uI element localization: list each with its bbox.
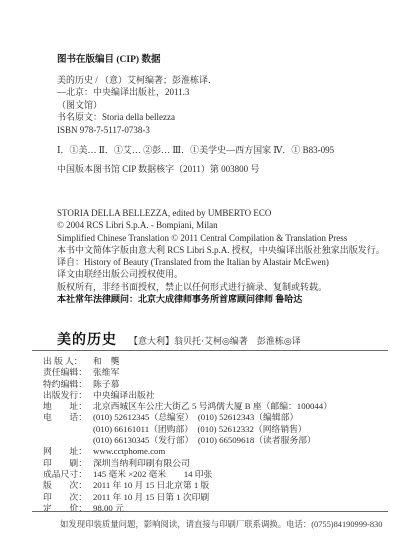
cip-heading: 图书在版编目 (CIP) 数据 (57, 51, 160, 65)
imprint-value: (010) 52612345（总编室） (010) 52612343（编辑部） (93, 412, 298, 423)
imprint-row-continuation: (010) 66130345（发行部） (010) 66509618（读者服务部… (43, 435, 332, 446)
copyright-line: 本书中文简体字版由意大利 RCS Libri S.p.A. 授权，中央编译出版社… (57, 244, 385, 256)
book-copyright-page: 图书在版编目 (CIP) 数据 美的历史 / （意）艾柯编著；彭淮栋译． —北京… (0, 0, 400, 558)
cip-line: （图文馆） (57, 99, 217, 111)
imprint-label: 特约编辑： (43, 379, 93, 390)
title-row: 美的历史 【意大利】翁贝托·艾柯◎编著 彭淮栋◎译 (57, 329, 301, 349)
cip-line: 书名原文：Storia della bellezza (57, 111, 217, 123)
cip-line: 美的历史 / （意）艾柯编著；彭淮栋译． (57, 74, 217, 86)
divider-line (32, 350, 388, 351)
imprint-label: 印 刷： (43, 458, 93, 469)
imprint-value: 和 龑 (93, 356, 119, 367)
imprint-value: 张维军 (93, 367, 119, 378)
imprint-block: 出 版 人：和 龑 责任编辑：张维军 特约编辑：陈子慕 出版发行：中央编译出版社… (43, 356, 332, 514)
copyright-line: 版权所有，非经书面授权，禁止以任何形式进行摘录、复制或转载。 (57, 281, 385, 293)
book-byline: 【意大利】翁贝托·艾柯◎编著 彭淮栋◎译 (129, 334, 301, 347)
imprint-row: 电 话：(010) 52612345（总编室） (010) 52612343（编… (43, 412, 332, 423)
imprint-row: 定 价：98.00 元 (43, 503, 332, 514)
copyright-line: 译文由联经出版公司授权使用。 (57, 268, 385, 280)
imprint-label: 版 次： (43, 480, 93, 491)
imprint-value: 陈子慕 (93, 379, 119, 390)
copyright-line: 译自：History of Beauty (Translated from th… (57, 256, 385, 268)
isbn-line: ISBN 978-7-5117-0738-3 (57, 124, 217, 136)
imprint-row: 出版发行：中央编译出版社 (43, 390, 332, 401)
cip-classification: Ⅰ．①美… Ⅱ．①艾… ②彭… Ⅲ．①美学史—西方国家 Ⅳ．① B83-095 (57, 143, 334, 156)
imprint-value: (010) 66130345（发行部） (010) 66509618（读者服务部… (93, 435, 316, 446)
imprint-label: 地 址： (43, 401, 93, 412)
copyright-line: © 2004 RCS Libri S.p.A. - Bompiani, Mila… (57, 219, 385, 231)
imprint-label: 定 价： (43, 503, 93, 514)
imprint-label: 出版发行： (43, 390, 93, 401)
imprint-row-continuation: (010) 66161011（团购部） (010) 52612332（网络销售） (43, 424, 332, 435)
copyright-block: STORIA DELLA BELLEZZA, edited by UMBERTO… (57, 207, 385, 305)
imprint-label (43, 424, 93, 435)
imprint-label: 成品尺寸： (43, 469, 93, 480)
imprint-label: 责任编辑： (43, 367, 93, 378)
cip-record-number: 中国版本图书馆 CIP 数据核字（2011）第 003800 号 (57, 162, 259, 175)
imprint-label: 网 址： (43, 446, 93, 457)
imprint-value: 北京西城区车公庄大街乙 5 号鸿儒大厦 B 座（邮编：100044） (93, 401, 332, 412)
imprint-row: 特约编辑：陈子慕 (43, 379, 332, 390)
copyright-line: STORIA DELLA BELLEZZA, edited by UMBERTO… (57, 207, 385, 219)
cip-line: —北京：中央编译出版社，2011.3 (57, 86, 217, 98)
imprint-row: 地 址：北京西城区车公庄大街乙 5 号鸿儒大厦 B 座（邮编：100044） (43, 401, 332, 412)
imprint-value: 145 毫米 ×202 毫米 14 印张 (93, 469, 212, 480)
imprint-row: 网 址：www.cctphome.com (43, 446, 332, 457)
imprint-value: www.cctphome.com (93, 446, 165, 457)
imprint-value: 2011 年 10 月 15 日第 1 次印刷 (93, 492, 209, 503)
imprint-value: 2011 年 10 月 15 日北京第 1 版 (93, 480, 209, 491)
imprint-label: 电 话： (43, 412, 93, 423)
imprint-value: 中央编译出版社 (93, 390, 155, 401)
imprint-value: 98.00 元 (93, 503, 124, 514)
imprint-row: 出 版 人：和 龑 (43, 356, 332, 367)
imprint-row: 印 次：2011 年 10 月 15 日第 1 次印刷 (43, 492, 332, 503)
book-title: 美的历史 (57, 329, 117, 349)
imprint-row: 责任编辑：张维军 (43, 367, 332, 378)
imprint-row: 成品尺寸：145 毫米 ×202 毫米 14 印张 (43, 469, 332, 480)
divider-line (32, 511, 388, 512)
cip-description-block: 美的历史 / （意）艾柯编著；彭淮栋译． —北京：中央编译出版社，2011.3 … (57, 74, 217, 136)
copyright-line: Simplified Chinese Translation © 2011 Ce… (57, 232, 385, 244)
imprint-row: 版 次：2011 年 10 月 15 日北京第 1 版 (43, 480, 332, 491)
print-quality-note: 如发现印装质量问题，影响阅读，请直接与印刷厂联系调换。电话：(0755)8419… (60, 518, 382, 530)
imprint-row: 印 刷：深圳当纳利印刷有限公司 (43, 458, 332, 469)
imprint-value: (010) 66161011（团购部） (010) 52612332（网络销售） (93, 424, 307, 435)
imprint-label (43, 435, 93, 446)
imprint-label: 出 版 人： (43, 356, 93, 367)
imprint-label: 印 次： (43, 492, 93, 503)
imprint-value: 深圳当纳利印刷有限公司 (93, 458, 190, 469)
legal-advisor-line: 本社常年法律顾问：北京大成律师事务所首席顾问律师 鲁哈达 (57, 293, 385, 305)
